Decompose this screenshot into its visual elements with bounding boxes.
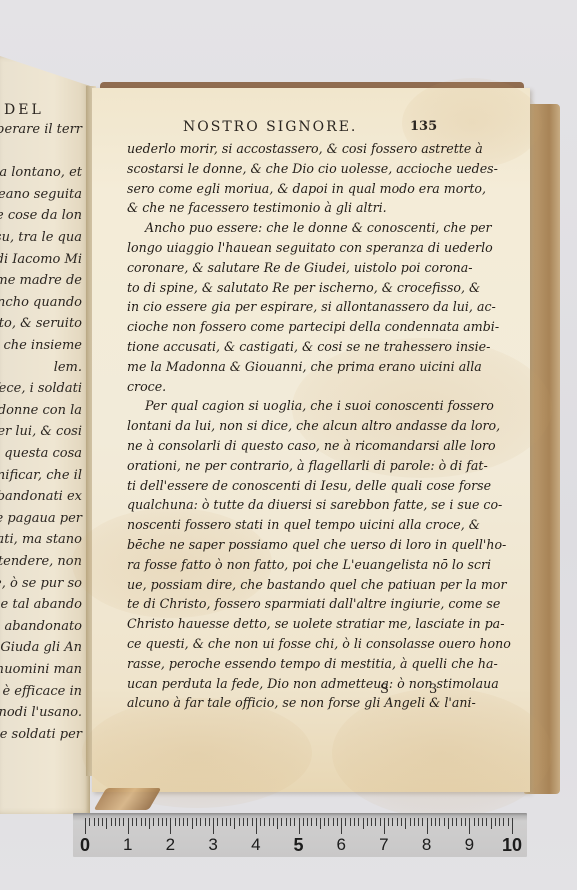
ruler-tick — [217, 818, 218, 826]
text-line: noscenti fossero stati in quel tempo uic… — [127, 515, 457, 535]
ruler-tick — [252, 818, 253, 826]
ruler-tick — [226, 818, 227, 826]
ruler-tick — [401, 818, 402, 826]
ruler-tick — [166, 818, 167, 826]
text-line: coronare, & salutare Re de Giudei, uisto… — [127, 258, 457, 278]
ruler-tick — [328, 818, 329, 826]
ruler-tick — [320, 818, 321, 829]
ruler-tick — [427, 818, 428, 834]
left-page: DEL farne liberare il terrnti da lontano… — [0, 56, 90, 814]
text-line: ti dell'essere de conoscenti di Iesu, de… — [127, 476, 457, 496]
ruler-tick — [175, 818, 176, 826]
scale-ruler: 012345678910 — [73, 813, 527, 857]
ruler-label: 9 — [465, 835, 474, 855]
ruler-tick — [418, 818, 419, 826]
ruler-label: 1 — [123, 835, 132, 855]
ruler-tick — [128, 818, 129, 834]
left-text-line: & saluare, ò se pur so — [0, 576, 82, 591]
ruler-tick — [269, 818, 270, 826]
text-line: ne à consolarli di questo caso, ne à ric… — [127, 436, 457, 456]
ruler-tick — [115, 818, 116, 826]
text-line: bēche ne saper possiamo quel che uerso d… — [127, 535, 457, 555]
ruler-tick — [465, 818, 466, 826]
ruler-tick — [247, 818, 248, 826]
ruler-tick — [311, 818, 312, 826]
left-text-line: i ancho quando — [0, 295, 82, 310]
ruler-tick — [119, 818, 120, 826]
ruler-tick — [444, 818, 445, 826]
ruler-tick — [273, 818, 274, 826]
text-line: ce questi, & che non ui fosse chi, ò li … — [127, 634, 457, 654]
ruler-tick — [123, 818, 124, 826]
left-text-line: haueano seguita — [0, 187, 82, 202]
ruler-tick — [486, 818, 487, 826]
ruler-tick — [482, 818, 483, 826]
left-text-line: nodi l'usano. — [0, 705, 82, 720]
ruler-tick — [256, 818, 257, 834]
left-text-line: ui fosse per lui, & cosi — [0, 424, 82, 439]
ruler-label: 7 — [379, 835, 388, 855]
text-line: uederlo morir, si accostassero, & cosi f… — [127, 139, 457, 159]
text-line: to di spine, & salutato Re per ischerno,… — [127, 278, 457, 298]
left-text-line: lem. — [54, 360, 82, 375]
text-line: Per qual cagion si uoglia, che i suoi co… — [127, 396, 457, 416]
text-line: sero come egli moriua, & dapoi in qual m… — [127, 179, 457, 199]
ruler-tick — [299, 818, 300, 834]
ruler-tick — [388, 818, 389, 826]
ruler-label: 10 — [502, 835, 522, 856]
text-line: ra fosse fatto ò non fatto, poi che L'eu… — [127, 555, 457, 575]
ruler-tick — [187, 818, 188, 826]
ruler-tick — [183, 818, 184, 826]
left-text-line: queste cose da lon — [0, 208, 82, 223]
ruler-label: 0 — [80, 835, 90, 856]
left-text-line: ue gli huomini man — [0, 662, 82, 677]
ruler-tick — [422, 818, 423, 826]
ruler-tick — [192, 818, 193, 829]
ruler-tick — [141, 818, 142, 826]
left-text-line: uo se Giuda gli An — [0, 640, 82, 655]
ruler-tick — [435, 818, 436, 826]
ruler-tick — [303, 818, 304, 826]
ruler-tick — [205, 818, 206, 826]
ruler-tick — [264, 818, 265, 826]
ruler-tick — [89, 818, 90, 826]
ruler-tick — [170, 818, 171, 834]
text-line: Christo hauesse detto, se uolete stratia… — [127, 614, 457, 634]
ruler-tick — [375, 818, 376, 826]
text-line: orationi, ne per contrario, à flagellarl… — [127, 456, 457, 476]
left-text-line: Signor le pagaua per — [0, 511, 82, 526]
left-text-line: ia à significar, che il — [0, 468, 82, 483]
ruler-tick — [397, 818, 398, 826]
text-line: lontani da lui, non si dice, che alcun a… — [127, 416, 457, 436]
left-text-line: che Iesu fece, i soldati — [0, 381, 82, 396]
ruler-label: 8 — [422, 835, 431, 855]
ruler-tick — [358, 818, 359, 826]
ruler-label: 4 — [251, 835, 260, 855]
left-text-line: olome madre de — [0, 273, 82, 288]
ruler-tick — [209, 818, 210, 826]
ruler-tick — [145, 818, 146, 826]
ruler-tick — [290, 818, 291, 826]
left-text-line: mini, che tal abando — [0, 597, 82, 612]
left-text-line: o, benche questa cosa — [0, 446, 82, 461]
text-line: Ancho puo essere: che le donne & conosce… — [127, 218, 457, 238]
ruler-tick — [316, 818, 317, 826]
left-text-line: or anno attendere, non — [0, 554, 82, 569]
ruler-tick — [132, 818, 133, 826]
left-page-text: DEL farne liberare il terrnti da lontano… — [0, 56, 86, 814]
text-line: me la Madonna & Giouanni, che prima eran… — [127, 357, 457, 377]
ruler-tick — [431, 818, 432, 826]
ruler-tick — [213, 818, 214, 834]
ruler-tick — [294, 818, 295, 826]
ruler-tick — [153, 818, 154, 826]
text-line: & che ne facessero testimonio à gli altr… — [127, 198, 457, 218]
ruler-tick — [179, 818, 180, 826]
text-line: in cio essere gia per espirare, si allon… — [127, 297, 457, 317]
ruler-tick — [162, 818, 163, 826]
ruler-tick — [499, 818, 500, 826]
left-text-line: farne liberare il terr — [0, 122, 82, 137]
ruler-tick — [410, 818, 411, 826]
ruler-tick — [452, 818, 453, 826]
ruler-tick — [345, 818, 346, 826]
ruler-tick — [503, 818, 504, 826]
ruler-tick — [363, 818, 364, 829]
ruler-label: 5 — [293, 835, 303, 856]
left-text-line: altri che soldati per — [0, 727, 82, 742]
ruler-tick — [512, 818, 513, 834]
text-line: scostarsi le donne, & che Dio cio uoless… — [127, 159, 457, 179]
ruler-tick — [106, 818, 107, 829]
ruler-tick — [461, 818, 462, 826]
left-text-line: ria di Iacomo Mi — [0, 252, 82, 267]
ruler-tick — [85, 818, 86, 834]
ruler-tick — [234, 818, 235, 829]
left-text-line: ostar le donne con la — [0, 403, 82, 418]
bookmark-ribbon — [94, 788, 162, 810]
ruler-tick — [94, 818, 95, 826]
left-text-line: i essere abandonati ex — [0, 489, 82, 504]
ruler-tick — [414, 818, 415, 826]
ruler-tick — [371, 818, 372, 826]
left-text-line: l'huomo abandonato — [0, 619, 82, 634]
left-running-head: DEL — [4, 102, 44, 118]
ruler-tick — [350, 818, 351, 826]
left-text-line: abandonati, ma stano — [0, 532, 82, 547]
text-line: ue, possiam dire, che bastando quel che … — [127, 575, 457, 595]
ruler-tick — [448, 818, 449, 829]
ruler-tick — [281, 818, 282, 826]
text-line: rasse, peroche essendo tempo di mestitia… — [127, 654, 457, 674]
text-line: te di Christo, fossero sparmiati dall'al… — [127, 594, 457, 614]
running-head: NOSTRO SIGNORE. — [183, 119, 357, 135]
ruler-tick — [495, 818, 496, 826]
text-line: qualchuna: ò tutte da diuersi si sarebbo… — [127, 495, 457, 515]
ruler-tick — [354, 818, 355, 826]
ruler-tick — [260, 818, 261, 826]
ruler-tick — [469, 818, 470, 834]
ruler-tick — [111, 818, 112, 826]
ruler-tick — [239, 818, 240, 826]
ruler-tick — [456, 818, 457, 826]
ruler-tick — [102, 818, 103, 826]
left-text-line: olte, che insieme — [0, 338, 82, 353]
ruler-tick — [380, 818, 381, 826]
ruler-tick — [384, 818, 385, 834]
ruler-label: 2 — [166, 835, 175, 855]
ruler-tick — [474, 818, 475, 826]
ruler-tick — [196, 818, 197, 826]
ruler-tick — [136, 818, 137, 826]
ruler-tick — [158, 818, 159, 826]
left-text-line: risto, & è efficace in — [0, 684, 82, 699]
ruler-tick — [508, 818, 509, 826]
text-line: tione accusati, & castigati, & cosi se n… — [127, 337, 457, 357]
ruler-tick — [149, 818, 150, 829]
left-text-line: a Iesu, tra le qua — [0, 230, 82, 245]
page-number: 135 — [410, 119, 437, 134]
ruler-label: 3 — [208, 835, 217, 855]
ruler-tick — [200, 818, 201, 826]
body-text: uederlo morir, si accostassero, & cosi f… — [127, 139, 457, 713]
ruler-tick — [405, 818, 406, 829]
ruler-label: 6 — [336, 835, 345, 855]
text-line: croce. — [127, 377, 457, 397]
ruler-tick — [222, 818, 223, 826]
ruler-tick — [491, 818, 492, 829]
signature-mark: S 3 — [380, 682, 455, 697]
ruler-tick — [341, 818, 342, 834]
ruler-tick — [230, 818, 231, 826]
text-line: cioche non fossero come partecipi della … — [127, 317, 457, 337]
ruler-tick — [392, 818, 393, 826]
ruler-tick — [98, 818, 99, 826]
ruler-tick — [337, 818, 338, 826]
ruler-tick — [367, 818, 368, 826]
ruler-tick — [307, 818, 308, 826]
ruler-tick — [478, 818, 479, 826]
ruler-tick — [243, 818, 244, 826]
left-text-line: guitato, & seruito — [0, 316, 82, 331]
ruler-tick — [286, 818, 287, 826]
text-line: longo uiaggio l'hauean seguitato con spe… — [127, 238, 457, 258]
ruler-tick — [439, 818, 440, 826]
left-text-line: nti da lontano, et — [0, 165, 82, 180]
ruler-tick — [277, 818, 278, 829]
ruler-tick — [324, 818, 325, 826]
ruler-tick — [333, 818, 334, 826]
